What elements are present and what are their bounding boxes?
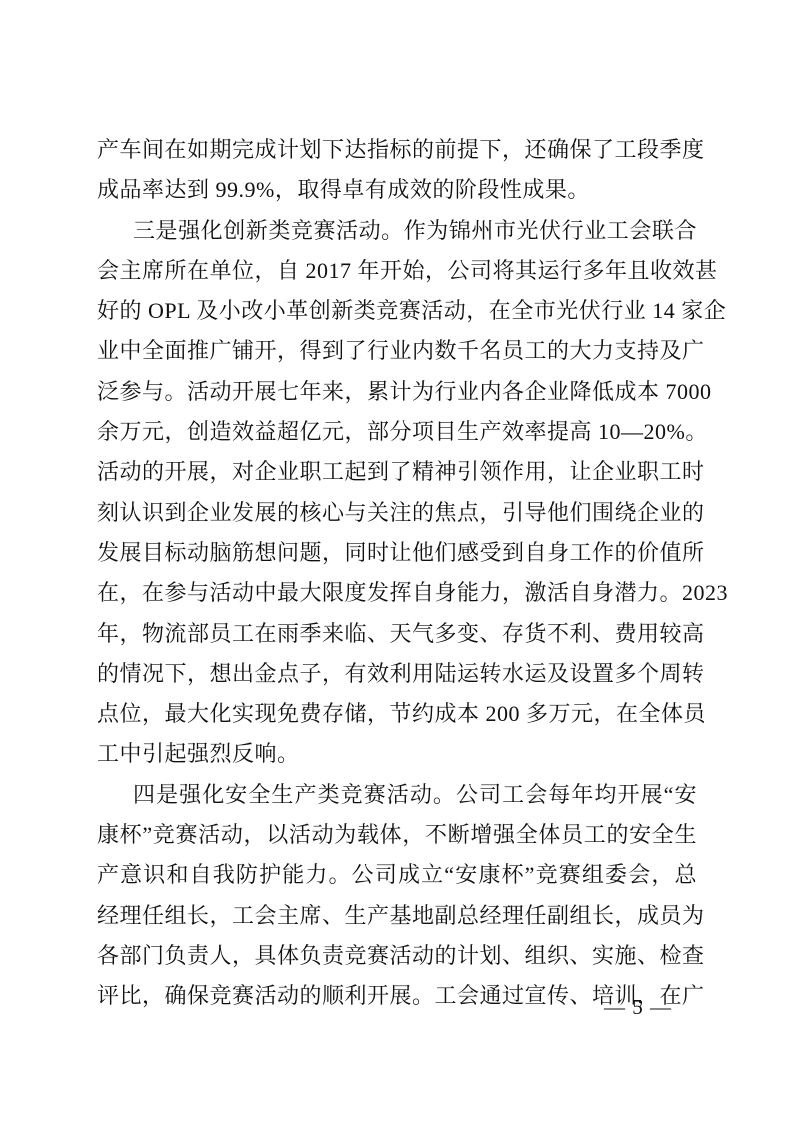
body-line: 年，物流部员工在雨季来临、天气多变、存货不利、费用较高 [97, 614, 697, 654]
page-number: — 5 — [604, 993, 672, 1021]
body-line: 刻认识到企业发展的核心与关注的焦点，引导他们围绕企业的 [97, 493, 697, 533]
body-line: 的情况下，想出金点子，有效利用陆运转水运及设置多个周转 [97, 654, 697, 694]
body-line: 产车间在如期完成计划下达指标的前提下，还确保了工段季度 [97, 130, 697, 170]
body-line: 四是强化安全生产类竞赛活动。公司工会每年均开展“安 [97, 775, 697, 815]
body-line: 活动的开展，对企业职工起到了精神引领作用，让企业职工时 [97, 452, 697, 492]
body-line: 好的 OPL 及小改小革创新类竞赛活动，在全市光伏行业 14 家企 [97, 291, 697, 331]
body-line: 发展目标动脑筋想问题，同时让他们感受到自身工作的价值所 [97, 533, 697, 573]
body-line: 泛参与。活动开展七年来，累计为行业内各企业降低成本 7000 [97, 372, 697, 412]
body-line: 在，在参与活动中最大限度发挥自身能力，激活自身潜力。2023 [97, 573, 697, 613]
body-line: 余万元，创造效益超亿元，部分项目生产效率提高 10—20%。 [97, 412, 697, 452]
body-line: 成品率达到 99.9%，取得卓有成效的阶段性成果。 [97, 170, 697, 210]
document-page: 产车间在如期完成计划下达指标的前提下，还确保了工段季度 成品率达到 99.9%，… [0, 0, 794, 1123]
body-line: 产意识和自我防护能力。公司成立“安康杯”竞赛组委会，总 [97, 855, 697, 895]
body-line: 业中全面推广铺开，得到了行业内数千名员工的大力支持及广 [97, 331, 697, 371]
body-line: 点位，最大化实现免费存储，节约成本 200 多万元，在全体员 [97, 694, 697, 734]
body-line: 康杯”竞赛活动，以活动为载体，不断增强全体员工的安全生 [97, 815, 697, 855]
body-text: 产车间在如期完成计划下达指标的前提下，还确保了工段季度 成品率达到 99.9%，… [97, 130, 697, 1017]
body-line: 会主席所在单位，自 2017 年开始，公司将其运行多年且收效甚 [97, 251, 697, 291]
body-line: 经理任组长，工会主席、生产基地副总经理任副组长，成员为 [97, 896, 697, 936]
body-line: 各部门负责人，具体负责竞赛活动的计划、组织、实施、检查 [97, 936, 697, 976]
body-line: 三是强化创新类竞赛活动。作为锦州市光伏行业工会联合 [97, 211, 697, 251]
body-line: 工中引起强烈反响。 [97, 734, 697, 774]
